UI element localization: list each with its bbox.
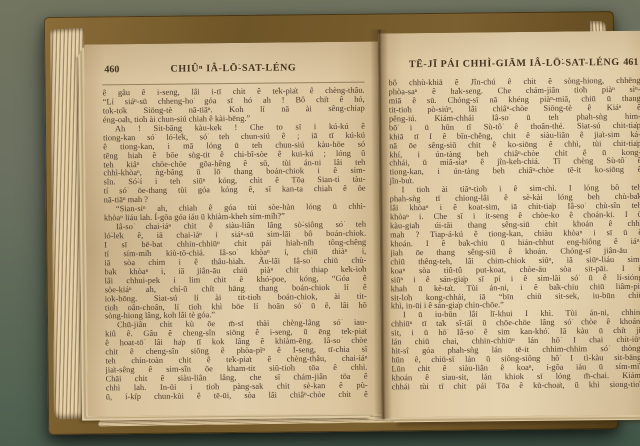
photo-scene: 460 CHIÛⁿ IÂ-LŌ͘-SAT-LÉNG ê gâu ê i-seng…: [0, 0, 640, 446]
right-page-text: bô chhù-khiā ê Jîn-chú ê chit ê sòng-hio…: [388, 77, 640, 396]
left-page-header: 460 CHIÛⁿ IÂ-LŌ͘-SAT-LÉNG: [102, 62, 364, 79]
page-stack-left-edge: [50, 28, 88, 420]
open-book: 460 CHIÛⁿ IÂ-LŌ͘-SAT-LÉNG ê gâu ê i-seng…: [44, 11, 618, 435]
text-line: ū, í-ki̍p chun-kùi ê tē-ūi, sòa lâi chiâ…: [106, 390, 368, 402]
right-page: TĒ-JĪ PÁI CHHÌ-GIĀM IÂ-LŌ͘-SAT-LÉNG 461 …: [378, 31, 640, 418]
right-page-number: 461: [623, 57, 638, 68]
right-page-header: TĒ-JĪ PÁI CHHÌ-GIĀM IÂ-LŌ͘-SAT-LÉNG 461: [388, 57, 640, 74]
column-rule: [103, 82, 365, 86]
right-running-title: TĒ-JĪ PÁI CHHÌ-GIĀM IÂ-LŌ͘-SAT-LÉNG: [388, 57, 640, 71]
left-page-text: ê gâu ê i-seng, lâi i-tī chit ê te̍k-pia…: [103, 87, 368, 406]
left-page-number: 460: [104, 64, 119, 75]
left-running-title: CHIÛⁿ IÂ-LŌ͘-SAT-LÉNG: [102, 62, 364, 76]
left-page: 460 CHIÛⁿ IÂ-LŌ͘-SAT-LÉNG ê gâu ê i-seng…: [84, 41, 382, 416]
text-line: chhái tùi tī chit pái Tōa ê kū-choa̍t, ū…: [392, 381, 640, 393]
